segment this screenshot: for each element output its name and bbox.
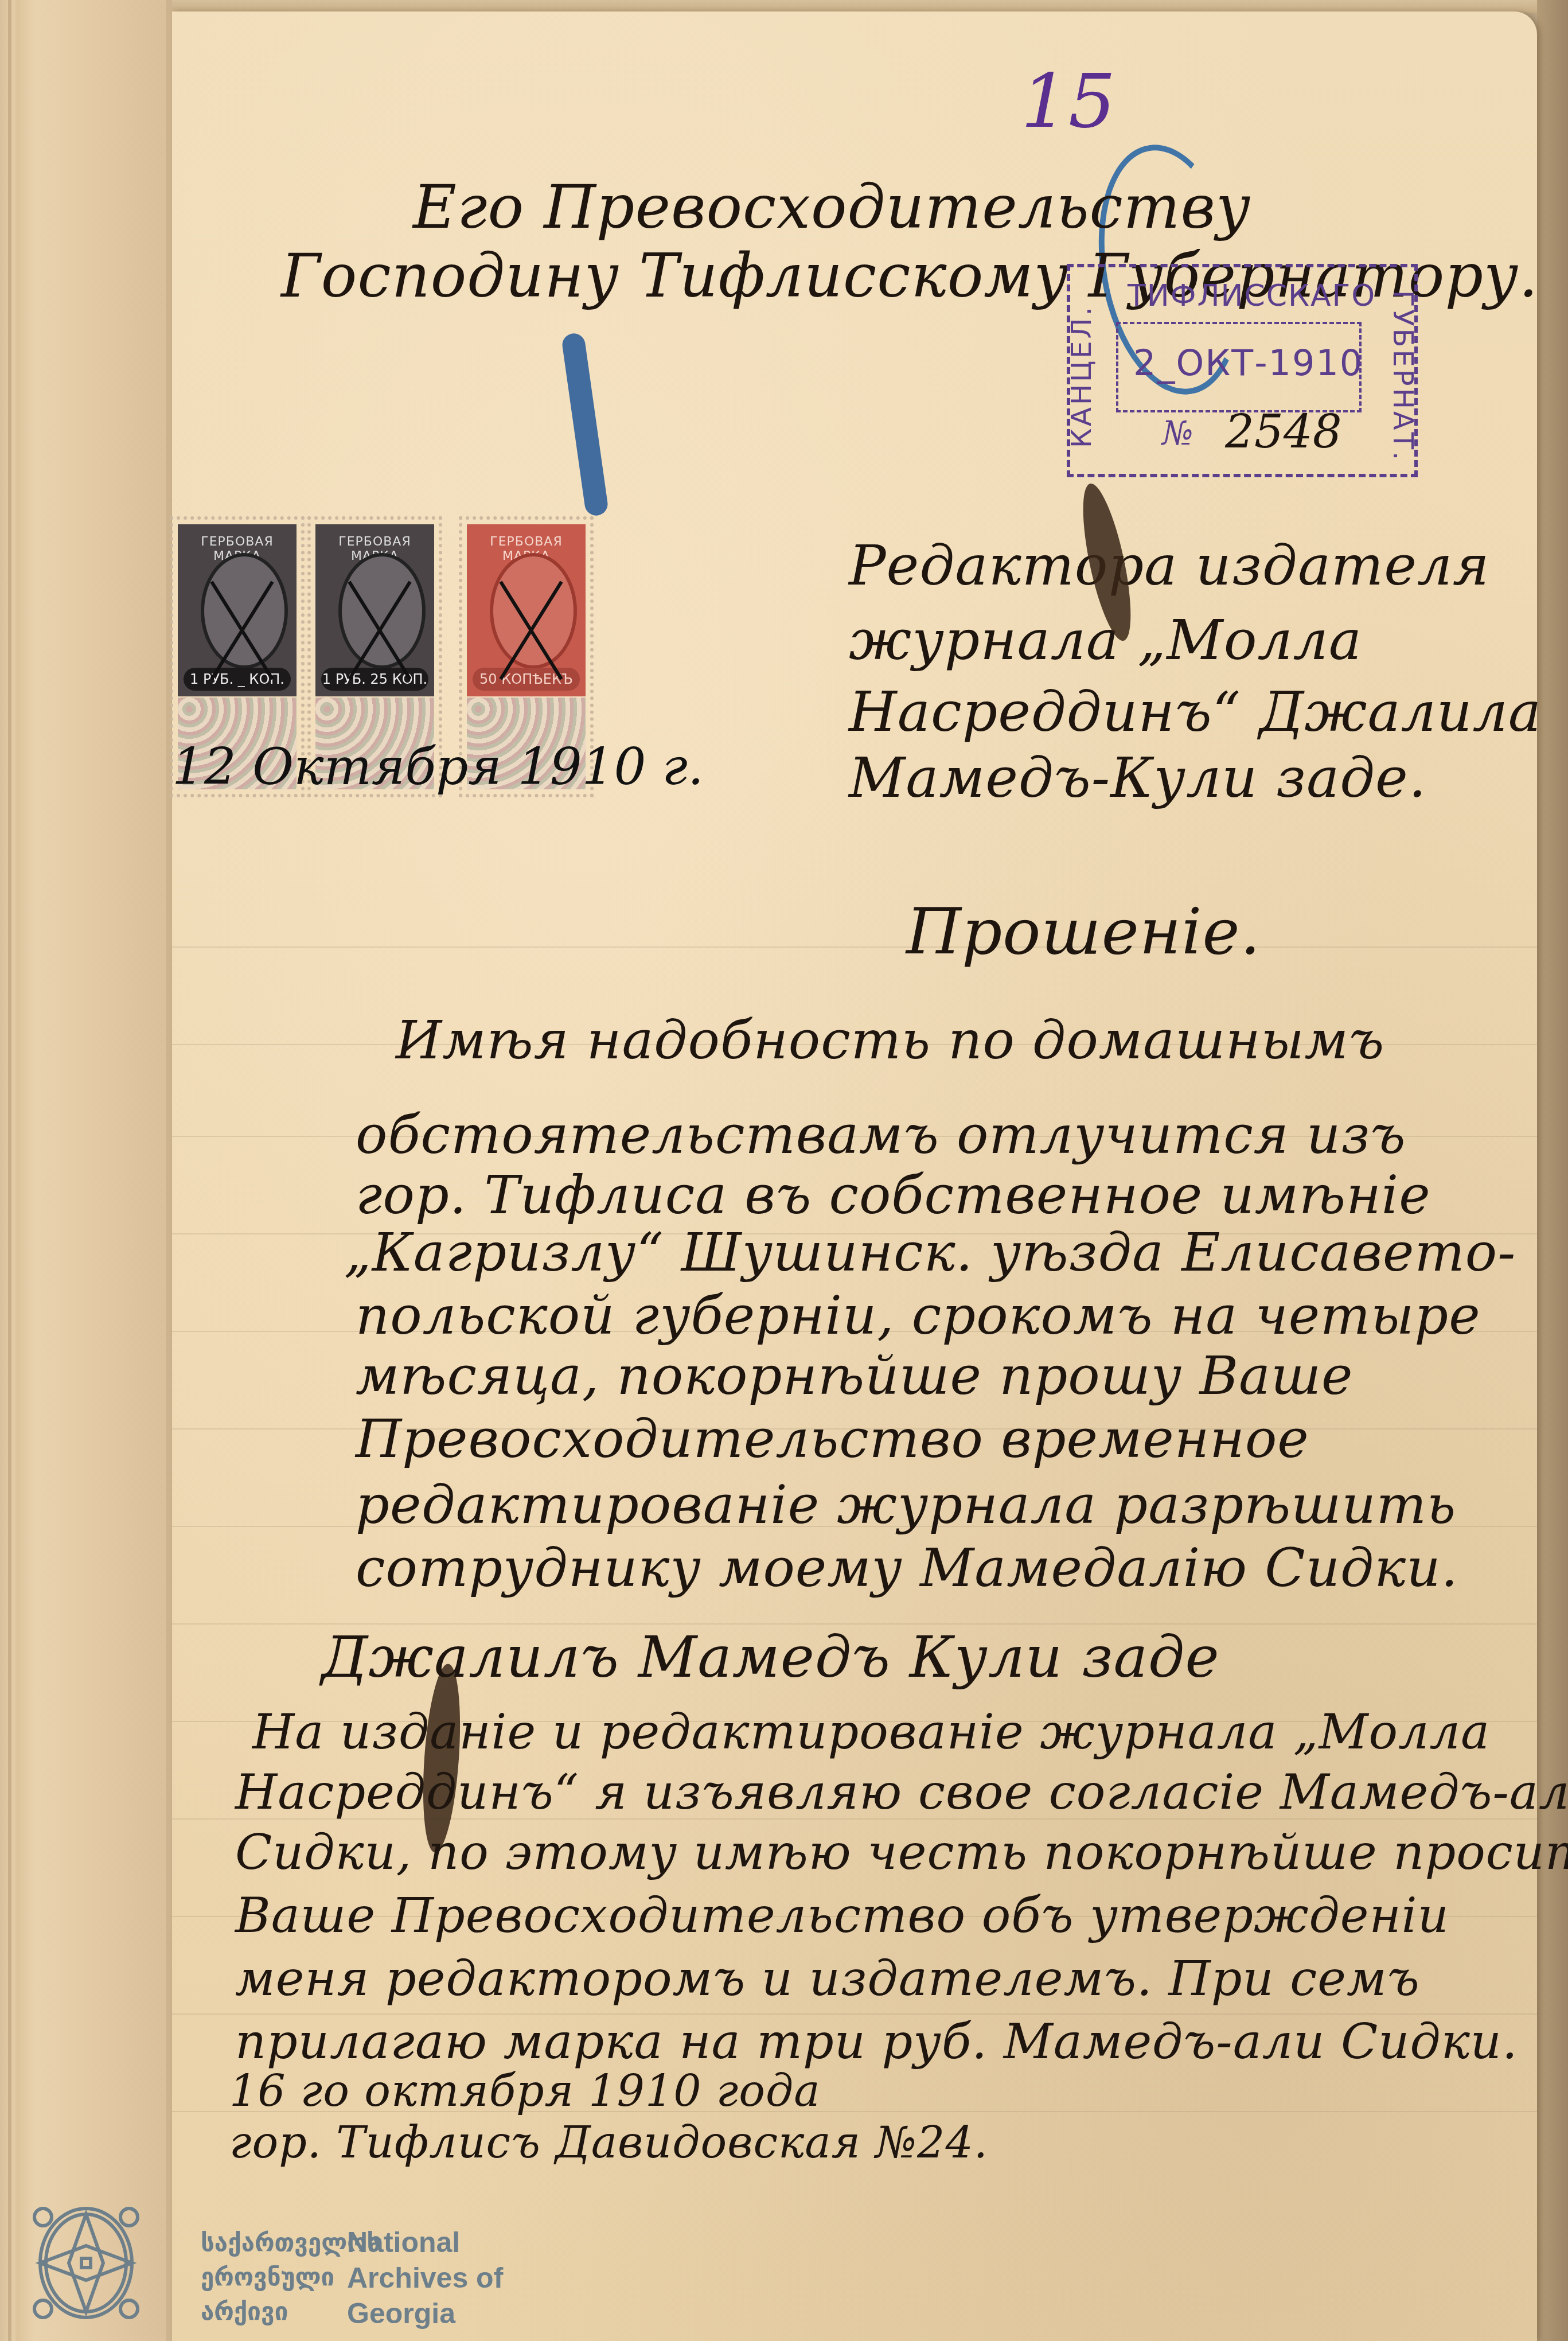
crown-emblem-icon <box>490 553 577 669</box>
consent-line: Ваше Превосходительство объ утвержденiи <box>235 1887 1449 1943</box>
stamp-value: 1 РУБ. 25 КОП. <box>321 668 428 691</box>
footer-date: 16 го октября 1910 года <box>229 2065 820 2116</box>
document-title: Прошенiе. <box>906 895 1261 968</box>
stamp-cancellation-date: 12 Октября 1910 г. <box>172 737 704 796</box>
ruled-line <box>172 946 1537 948</box>
stamp-left-text: КАНЦЕЛ. <box>1066 290 1106 462</box>
office-stamp: ТИФЛИССКАГО КАНЦЕЛ. ГУБЕРНАТ. 2_ОКТ-1910… <box>1067 264 1418 477</box>
body-line: Превосходительство временное <box>356 1408 1309 1470</box>
footer-address: гор. Тифлисъ Давидовская №24. <box>229 2117 988 2168</box>
stamp-value: 50 КОПѢЕКЪ 50 <box>473 668 580 691</box>
body-line: Имѣя надобность по домашнымъ <box>396 1010 1384 1071</box>
consent-line: Насреддинъ“ я изъявляю свое согласiе Мам… <box>235 1764 1568 1820</box>
body-line: гор. Тифлиса въ собственное имѣнiе <box>356 1164 1431 1226</box>
sender-line-4: Мамедъ-Кули заде. <box>849 746 1426 810</box>
consent-line: Сидки, по этому имѣю честь покорнѣйше пр… <box>235 1824 1568 1880</box>
stamp-right-text: ГУБЕРНАТ. <box>1379 290 1419 462</box>
signature: Джалилъ Мамедъ Кули заде <box>321 1623 1220 1690</box>
crown-emblem-icon <box>338 553 426 669</box>
page-edge <box>166 0 172 2341</box>
archive-watermark: საქართველოს ეროვნული არქივი National Arc… <box>29 2191 545 2323</box>
stamp-value: 1 РУБ. _ КОП. <box>184 668 291 691</box>
body-line: обстоятельствамъ отлучится изъ <box>356 1104 1406 1166</box>
sender-line-1: Редактора издателя <box>849 533 1490 598</box>
binding-strip <box>0 0 172 2341</box>
right-page-edge <box>1537 0 1568 2341</box>
crown-emblem-icon <box>201 553 288 669</box>
stamp-date: 2_ОКТ-1910 <box>1133 342 1363 384</box>
page-edge <box>8 0 11 2341</box>
archive-name-english: National Archives of Georgia <box>347 2225 503 2331</box>
salutation-line-1: Его Превосходительству <box>413 172 1251 242</box>
body-line: сотруднику моему Мамедалiю Сидки. <box>356 1537 1458 1599</box>
body-line: польской губернiи, срокомъ на четыре <box>356 1285 1481 1346</box>
stamp-top-text: ТИФЛИССКАГО <box>1128 279 1376 313</box>
stamp-number-prefix: № <box>1162 414 1193 453</box>
body-line: „Кагризлу“ Шушинск. уѣзда Елисавето- <box>344 1222 1516 1283</box>
archive-emblem-icon <box>29 2203 143 2323</box>
consent-line: прилагаю марка на три руб. Мамедъ-али Си… <box>235 2013 1518 2070</box>
stamp-registration-number: 2548 <box>1225 405 1342 458</box>
body-line: мѣсяца, покорнѣйше прошу Ваше <box>356 1345 1354 1407</box>
body-line: редактированiе журнала разрѣшить <box>356 1474 1456 1536</box>
folio-number: 15 <box>1021 57 1115 145</box>
sender-line-3: Насреддинъ“ Джалила <box>849 680 1542 744</box>
top-fold <box>172 0 1537 13</box>
consent-line: На изданiе и редактированiе журнала „Мол… <box>252 1704 1490 1760</box>
consent-line: меня редакторомъ и издателемъ. При семъ <box>235 1950 1420 2007</box>
